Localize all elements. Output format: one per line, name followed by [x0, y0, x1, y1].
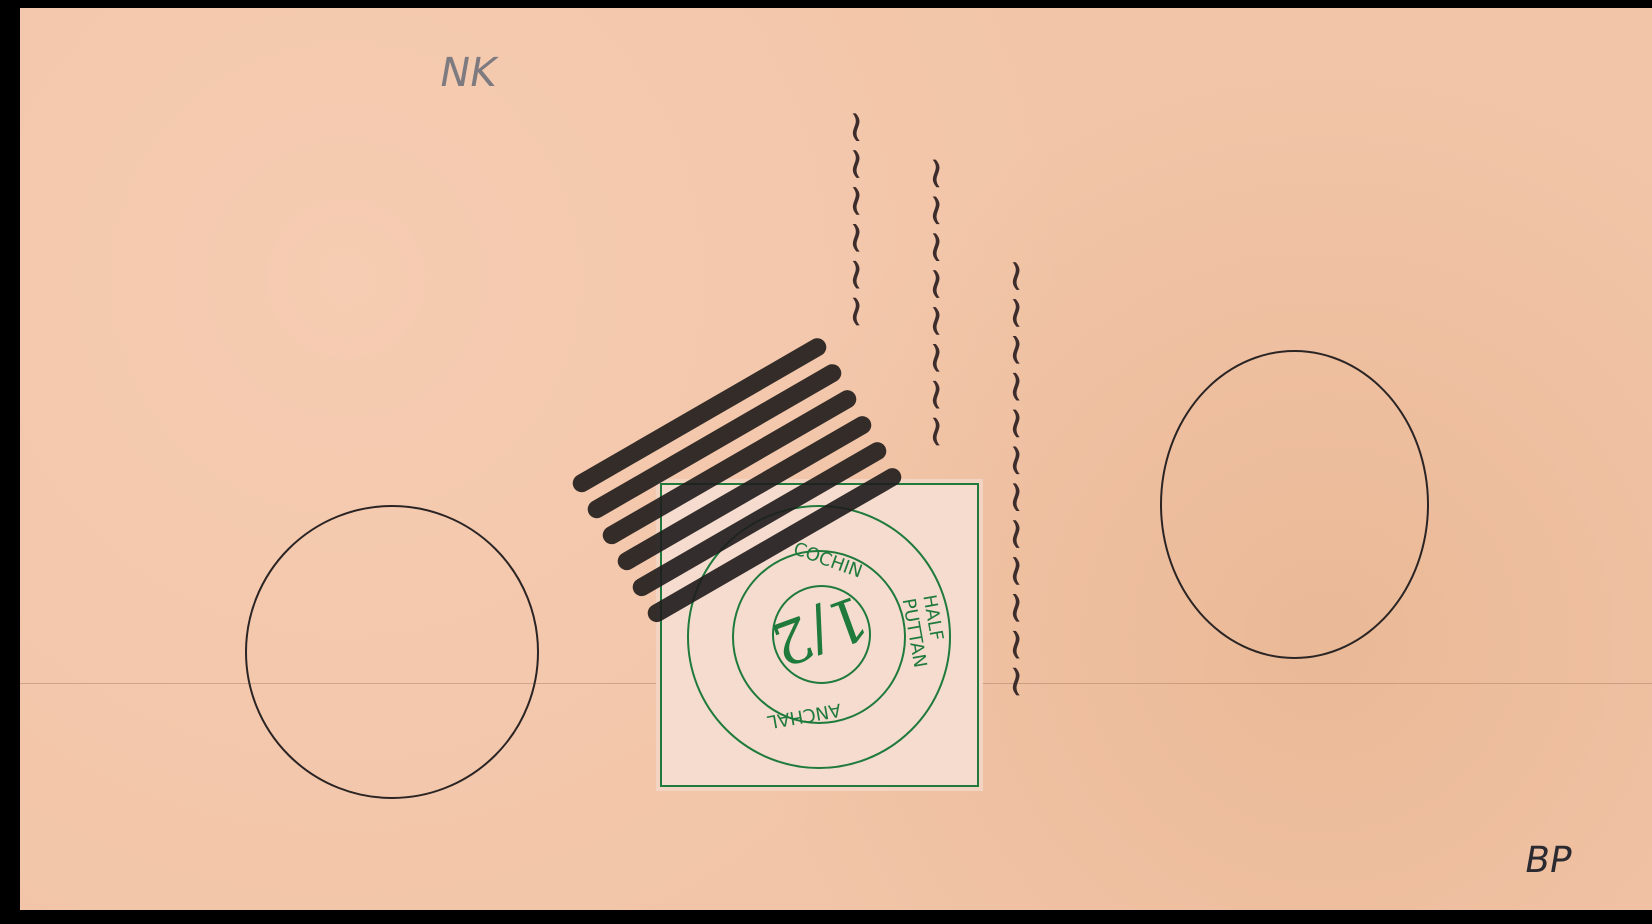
postmark-right [1160, 350, 1429, 659]
manuscript-address-line-1: ~~~~~~ [830, 109, 881, 330]
pencil-initials-top: NK [436, 50, 500, 96]
manuscript-address-line-3: ~~~~~~~~~~~~ [990, 258, 1041, 700]
manuscript-address-line-2: ~~~~~~~~ [910, 155, 961, 450]
postmark-left [245, 505, 539, 799]
pencil-initials-bottom: BP [1521, 840, 1575, 881]
